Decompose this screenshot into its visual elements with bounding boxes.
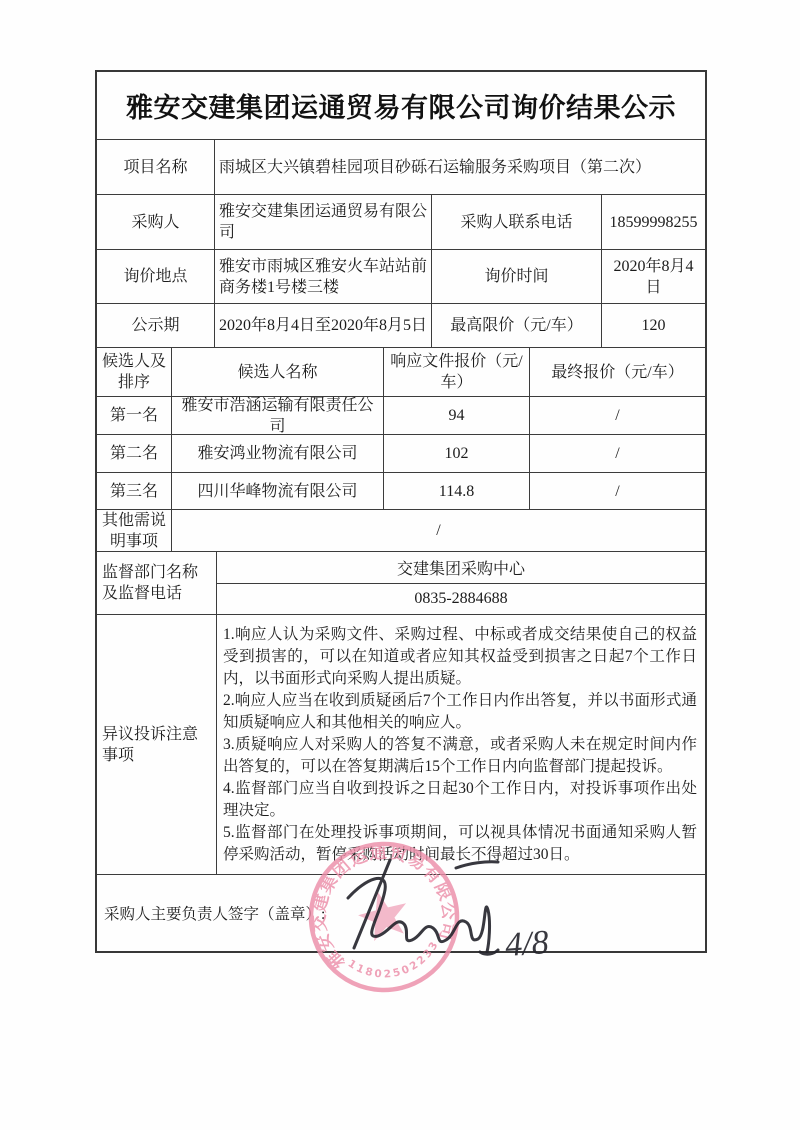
purchaser-label: 采购人 xyxy=(97,195,215,249)
inquiry-time-label: 询价时间 xyxy=(432,250,602,303)
page-title: 雅安交建集团运通贸易有限公司询价结果公示 xyxy=(97,72,705,139)
purchaser-phone-label: 采购人联系电话 xyxy=(432,195,602,249)
announcement-table: 雅安交建集团运通贸易有限公司询价结果公示 项目名称 雨城区大兴镇碧桂园项目砂砾石… xyxy=(95,70,707,953)
publicity-period-row: 公示期 2020年8月4日至2020年8月5日 最高限价（元/车） 120 xyxy=(97,304,705,348)
other-notes-label: 其他需说明事项 xyxy=(97,510,172,551)
objection-label: 异议投诉注意事项 xyxy=(97,615,217,874)
supervision-phone: 0835-2884688 xyxy=(217,584,705,615)
objection-notice-row: 异议投诉注意事项 1.响应人认为采购文件、采购过程、中标或者成交结果使自己的权益… xyxy=(97,615,705,875)
candidates-rank-header: 候选人及排序 xyxy=(97,348,172,396)
inquiry-place-value: 雅安市雨城区雅安火车站站前商务楼1号楼三楼 xyxy=(215,250,432,303)
inquiry-place-label: 询价地点 xyxy=(97,250,215,303)
supervision-row: 监督部门名称及监督电话 交建集团采购中心 0835-2884688 xyxy=(97,552,705,615)
inquiry-time-value: 2020年8月4日 xyxy=(602,250,705,303)
publicity-period-label: 公示期 xyxy=(97,304,215,347)
title-row: 雅安交建集团运通贸易有限公司询价结果公示 xyxy=(97,72,705,140)
project-name-row: 项目名称 雨城区大兴镇碧桂园项目砂砾石运输服务采购项目（第二次） xyxy=(97,140,705,195)
objection-item-1: 1.响应人认为采购文件、采购过程、中标或者成交结果使自己的权益受到损害的，可以在… xyxy=(223,624,697,690)
candidate-name: 雅安市浩涵运输有限责任公司 xyxy=(172,397,384,434)
objection-text: 1.响应人认为采购文件、采购过程、中标或者成交结果使自己的权益受到损害的，可以在… xyxy=(217,615,705,874)
project-name-value: 雨城区大兴镇碧桂园项目砂砾石运输服务采购项目（第二次） xyxy=(215,140,705,194)
other-notes-value: / xyxy=(172,510,705,551)
objection-item-4: 4.监督部门应当自收到投诉之日起30个工作日内，对投诉事项作出处理决定。 xyxy=(223,778,697,822)
candidates-bid-header: 响应文件报价（元/车） xyxy=(384,348,530,396)
candidate-rank: 第一名 xyxy=(97,397,172,434)
supervision-label: 监督部门名称及监督电话 xyxy=(97,552,217,614)
max-price-label: 最高限价（元/车） xyxy=(432,304,602,347)
document-page: 雅安交建集团运通贸易有限公司询价结果公示 项目名称 雨城区大兴镇碧桂园项目砂砾石… xyxy=(0,0,800,1130)
supervision-department: 交建集团采购中心 xyxy=(217,552,705,584)
purchaser-phone-value: 18599998255 xyxy=(602,195,705,249)
candidates-final-header: 最终报价（元/车） xyxy=(530,348,705,396)
candidate-bid: 114.8 xyxy=(384,473,530,509)
objection-item-2: 2.响应人应当在收到质疑函后7个工作日内作出答复，并以书面形式通知质疑响应人和其… xyxy=(223,690,697,734)
purchaser-value: 雅安交建集团运通贸易有限公司 xyxy=(215,195,432,249)
supervision-values: 交建集团采购中心 0835-2884688 xyxy=(217,552,705,614)
candidate-rank: 第二名 xyxy=(97,435,172,472)
candidate-bid: 102 xyxy=(384,435,530,472)
project-name-label: 项目名称 xyxy=(97,140,215,194)
candidate-name: 四川华峰物流有限公司 xyxy=(172,473,384,509)
objection-item-5: 5.监督部门在处理投诉事项期间，可以视具体情况书面通知采购人暂停采购活动，暂停采… xyxy=(223,822,697,866)
inquiry-place-row: 询价地点 雅安市雨城区雅安火车站站前商务楼1号楼三楼 询价时间 2020年8月4… xyxy=(97,250,705,304)
candidate-row-3: 第三名 四川华峰物流有限公司 114.8 / xyxy=(97,473,705,510)
candidate-final: / xyxy=(530,473,705,509)
candidate-final: / xyxy=(530,397,705,434)
candidate-final: / xyxy=(530,435,705,472)
candidate-row-1: 第一名 雅安市浩涵运输有限责任公司 94 / xyxy=(97,397,705,435)
candidates-name-header: 候选人名称 xyxy=(172,348,384,396)
candidate-bid: 94 xyxy=(384,397,530,434)
purchaser-row: 采购人 雅安交建集团运通贸易有限公司 采购人联系电话 18599998255 xyxy=(97,195,705,250)
candidate-rank: 第三名 xyxy=(97,473,172,509)
publicity-period-value: 2020年8月4日至2020年8月5日 xyxy=(215,304,432,347)
objection-item-3: 3.质疑响应人对采购人的答复不满意，或者采购人未在规定时间内作出答复的，可以在答… xyxy=(223,734,697,778)
candidates-header-row: 候选人及排序 候选人名称 响应文件报价（元/车） 最终报价（元/车） xyxy=(97,348,705,397)
other-notes-row: 其他需说明事项 / xyxy=(97,510,705,552)
signature-row: 采购人主要负责人签字（盖章）: xyxy=(97,875,705,951)
max-price-value: 120 xyxy=(602,304,705,347)
candidate-row-2: 第二名 雅安鸿业物流有限公司 102 / xyxy=(97,435,705,473)
signature-label: 采购人主要负责人签字（盖章）: xyxy=(97,875,705,951)
candidate-name: 雅安鸿业物流有限公司 xyxy=(172,435,384,472)
